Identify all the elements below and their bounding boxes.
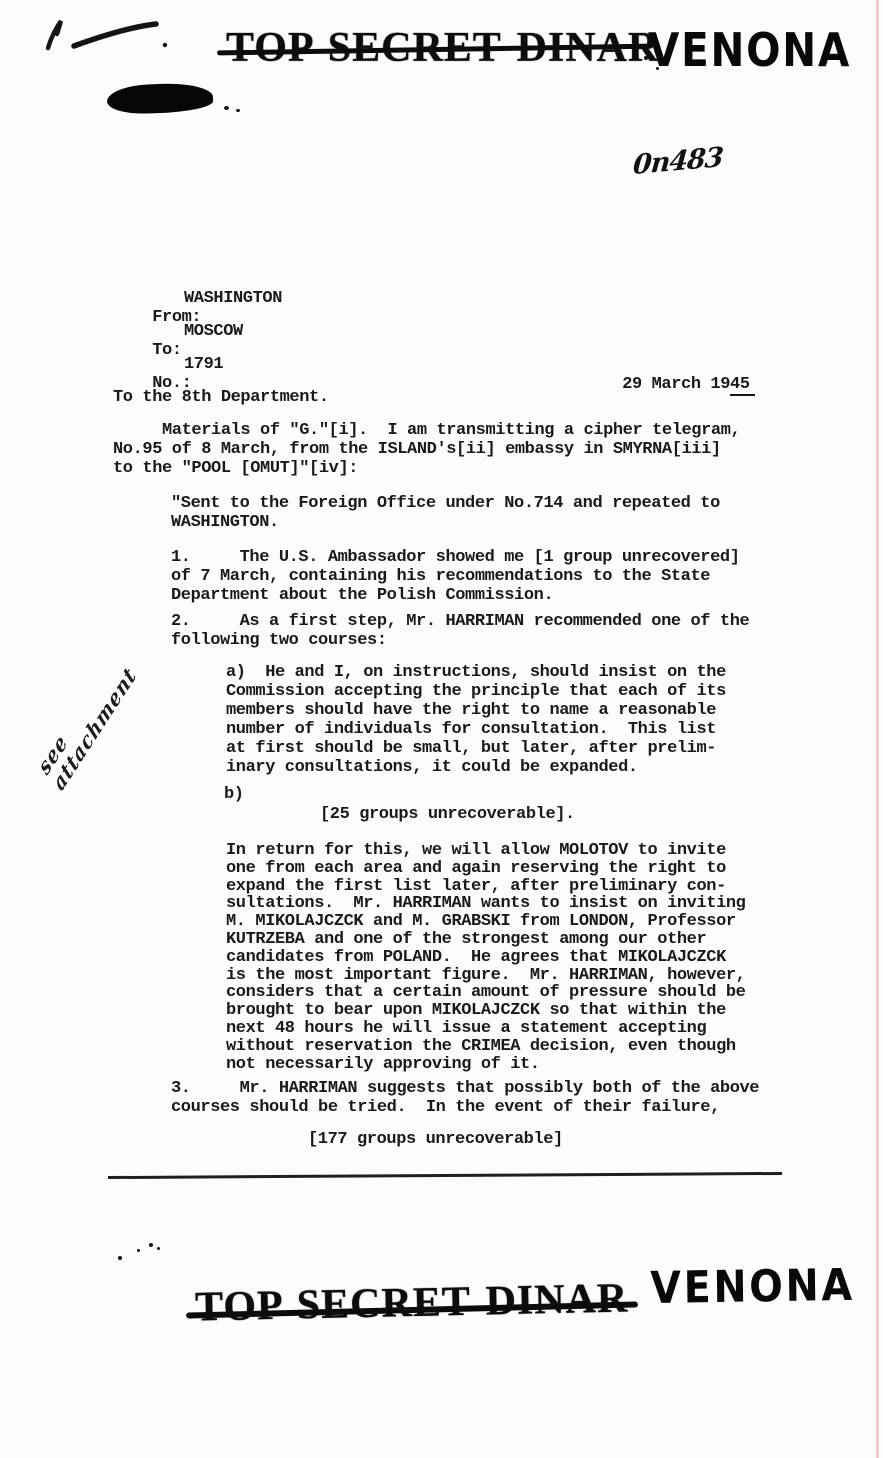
ink-speck — [137, 1249, 140, 1252]
scan-edge-artifact — [876, 0, 879, 1458]
venona-stamp-top: VENONA — [648, 23, 851, 77]
item-1: 1. The U.S. Ambassador showed me [1 grou… — [171, 548, 740, 605]
venona-stamp-bottom: VENONA — [650, 1260, 855, 1314]
paragraph-in-return: In return for this, we will allow MOLOTO… — [226, 842, 746, 1073]
unrecoverable-25: [25 groups unrecoverable]. — [320, 805, 575, 824]
quote-sent: "Sent to the Foreign Office under No.714… — [171, 494, 720, 532]
ink-speck — [149, 1243, 153, 1247]
ink-speck — [224, 106, 229, 110]
handwritten-checkmark — [34, 12, 174, 62]
redaction-mark — [107, 82, 214, 115]
document-page: TOP SECRET DINAR VENONA 0n483 see attach… — [0, 0, 883, 1458]
ink-speck — [157, 1247, 160, 1250]
handwritten-routing-number: 0n483 — [632, 142, 724, 181]
item-a: a) He and I, on instructions, should ins… — [226, 663, 726, 777]
separator-rule — [108, 1172, 782, 1179]
ink-speck — [118, 1256, 122, 1260]
handwritten-margin-note: see attachment — [35, 647, 140, 795]
paragraph-materials: Materials of "G."[i]. I am transmitting … — [113, 421, 740, 478]
field-date: 29 March 1945 — [583, 356, 755, 413]
item-3: 3. Mr. HARRIMAN suggests that possibly b… — [171, 1079, 759, 1117]
item-2: 2. As a first step, Mr. HARRIMAN recomme… — [171, 612, 749, 650]
from-value: WASHINGTON — [184, 289, 282, 308]
addressee-line: To the 8th Department. — [113, 388, 329, 407]
item-b: b) — [224, 785, 244, 804]
unrecoverable-177: [177 groups unrecoverable] — [308, 1130, 563, 1149]
no-value: 1791 — [184, 355, 223, 374]
ink-speck — [236, 109, 240, 112]
date-underlined-digits: 45 — [730, 375, 755, 396]
date-prefix: 29 March 19 — [622, 375, 730, 394]
to-value: MOSCOW — [184, 322, 243, 341]
